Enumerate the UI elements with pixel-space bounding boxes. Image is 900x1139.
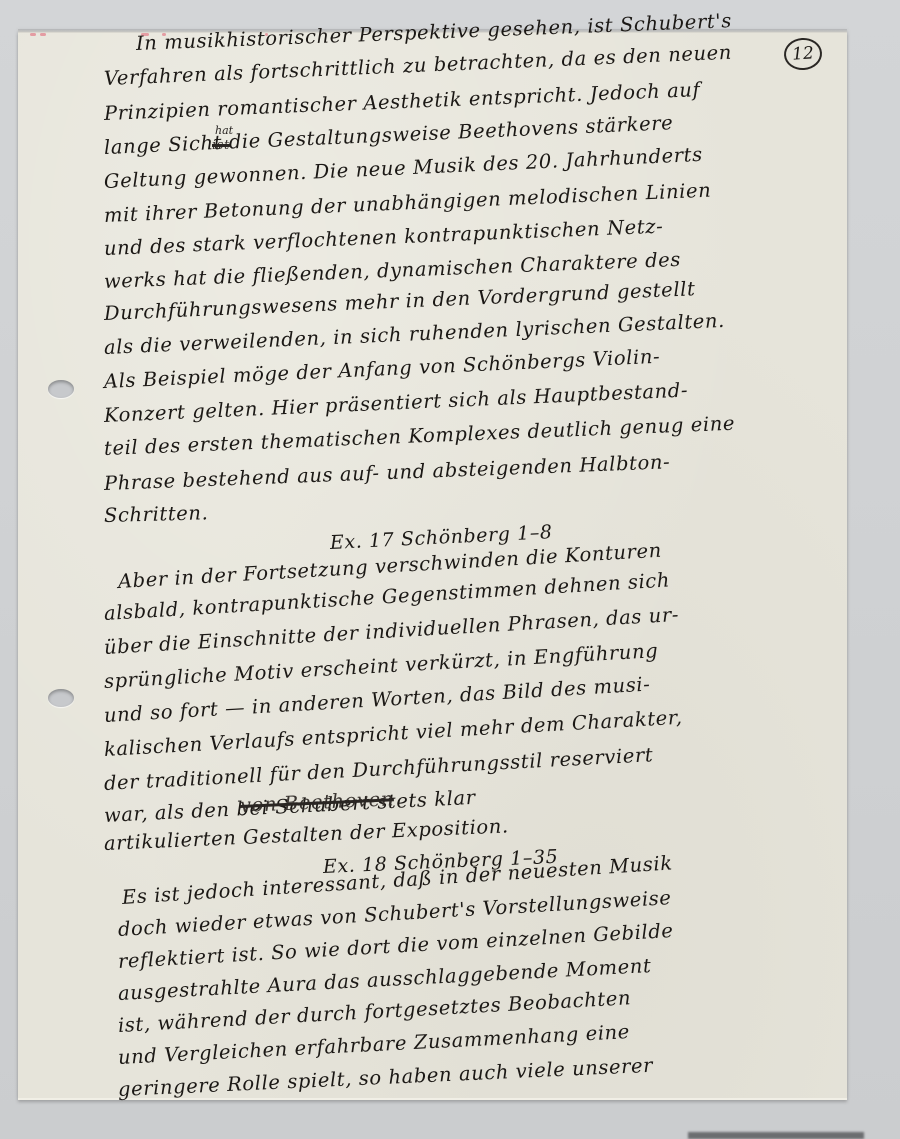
- struck-word: ist: [212, 138, 230, 153]
- text-line: Schritten.: [104, 501, 209, 527]
- manuscript-page: 12 In musikhistorischer Perspektive gese…: [18, 32, 847, 1100]
- scanner-shadow-bar: [688, 1132, 864, 1139]
- text-line: Phrase bestehend aus auf- und absteigend…: [104, 450, 671, 495]
- scan-background: 12 In musikhistorischer Perspektive gese…: [0, 0, 900, 1139]
- inserted-word: hat: [215, 124, 233, 137]
- handwritten-text: In musikhistorischer Perspektive gesehen…: [18, 32, 847, 1098]
